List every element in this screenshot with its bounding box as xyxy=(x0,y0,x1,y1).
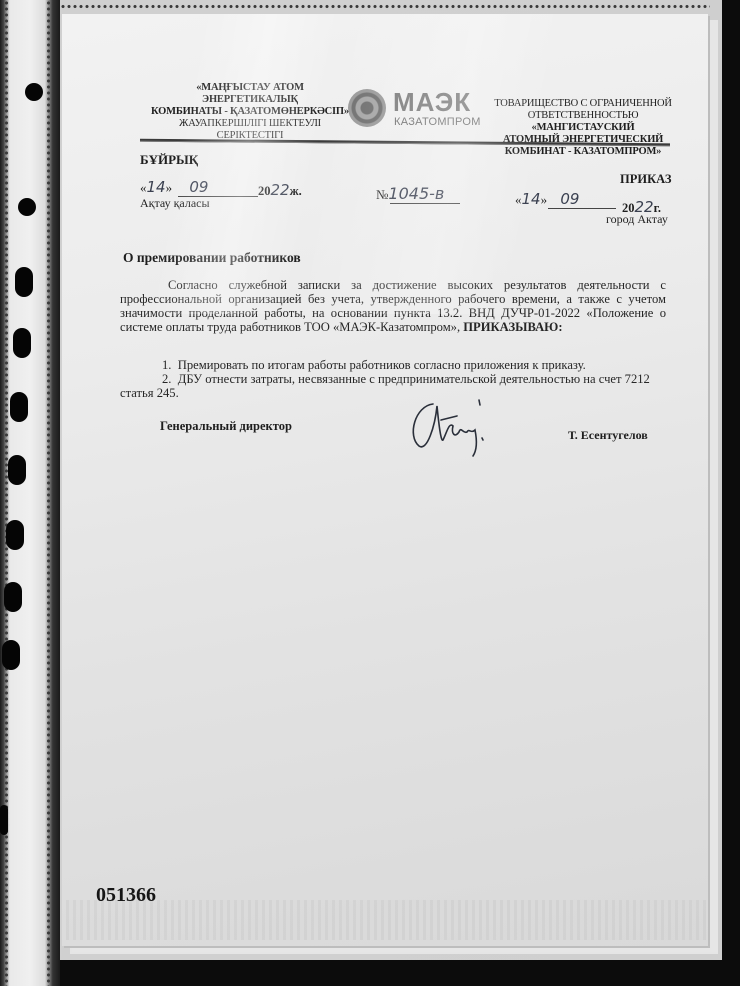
date-ru-month: 09 xyxy=(560,190,579,208)
org-header-kz-line: КОМБИНАТЫ - ҚАЗАТОМӨНЕРКӘСІП» xyxy=(140,106,360,118)
org-header-ru-line: КОМБИНАТ - КАЗАТОМПРОМ» xyxy=(492,146,674,158)
logo-subtitle: КАЗАТОМПРОМ xyxy=(394,116,481,128)
punch-hole-4 xyxy=(13,328,31,358)
punch-hole-5 xyxy=(10,392,28,422)
order-items-list: 1. Премировать по итогам работы работник… xyxy=(120,358,670,400)
order-item: 2. ДБУ отнести затраты, несвязанные с пр… xyxy=(120,372,670,386)
punch-hole-3 xyxy=(15,267,33,297)
order-item-number: 2. xyxy=(162,372,171,386)
doc-type-kz: БҰЙРЫҚ xyxy=(140,152,198,168)
punch-hole-7 xyxy=(6,520,24,550)
date-ru-underline xyxy=(548,208,616,209)
org-header-kz: «МАҢҒЫСТАУ АТОМ ЭНЕРГЕТИКАЛЫҚ КОМБИНАТЫ … xyxy=(140,82,360,142)
date-kz-month: 09 xyxy=(189,178,208,196)
date-ru-day: 14 xyxy=(522,190,541,208)
sleeve-binding-strip xyxy=(0,0,60,986)
org-header-ru: ТОВАРИЩЕСТВО С ОГРАНИЧЕННОЙ ОТВЕТСТВЕННО… xyxy=(492,98,674,158)
order-subject: О премировании работников xyxy=(123,250,301,266)
date-kz: «14» 09 xyxy=(140,178,208,196)
order-number-prefix: № xyxy=(376,187,388,202)
date-ru-close-quote: » xyxy=(541,192,548,207)
order-item-continuation: статья 245. xyxy=(120,386,670,400)
signatory-name: Т. Есентугелов xyxy=(568,428,648,443)
punch-hole-8 xyxy=(4,582,22,612)
city-ru: город Актау xyxy=(606,212,668,227)
city-kz: Ақтау қаласы xyxy=(140,196,210,211)
form-serial-number: 051366 xyxy=(96,884,156,907)
body-text: Согласно служебной записки за достижение… xyxy=(120,278,666,334)
punch-hole-1 xyxy=(25,83,43,101)
order-item-text: ДБУ отнести затраты, несвязанные с предп… xyxy=(178,372,650,386)
atom-swirl-logo-icon xyxy=(348,89,386,127)
punch-hole-9 xyxy=(2,640,20,670)
org-header-kz-line: «МАҢҒЫСТАУ АТОМ xyxy=(140,82,360,94)
handwritten-signature-icon xyxy=(405,396,515,458)
org-header-kz-line: ЭНЕРГЕТИКАЛЫҚ xyxy=(140,94,360,106)
order-item-text: Премировать по итогам работы работников … xyxy=(178,358,586,372)
date-kz-close-quote: » xyxy=(166,180,173,195)
order-number-underline xyxy=(390,203,460,204)
order-item: 1. Премировать по итогам работы работник… xyxy=(120,358,670,372)
order-number: №1045-в xyxy=(376,184,444,203)
date-kz-year: 2022ж. xyxy=(258,181,302,199)
sleeve-perforation-top xyxy=(60,4,710,10)
date-ru: «14» 09 xyxy=(515,190,579,208)
org-header-kz-line: ЖАУАПКЕРШІЛІГІ ШЕКТЕУЛІ xyxy=(140,118,360,130)
punch-hole-10 xyxy=(0,805,8,835)
date-kz-day: 14 xyxy=(147,178,166,196)
company-logo: МАЭК КАЗАТОМПРОМ xyxy=(348,89,488,133)
org-header-ru-line: ТОВАРИЩЕСТВО С ОГРАНИЧЕННОЙ xyxy=(492,98,674,110)
logo-title: МАЭК xyxy=(393,89,471,115)
order-item-number: 1. xyxy=(162,358,171,372)
sleeve-perforation-right xyxy=(46,0,52,986)
date-kz-year-unit: ж. xyxy=(290,184,302,198)
doc-type-ru: ПРИКАЗ xyxy=(620,172,671,187)
punch-hole-6 xyxy=(8,455,26,485)
signatory-title: Генеральный директор xyxy=(160,419,292,434)
date-kz-year-prefix: 20 xyxy=(258,184,271,198)
punch-hole-2 xyxy=(18,198,36,216)
body-command-word: ПРИКАЗЫВАЮ: xyxy=(463,320,562,334)
order-number-value: 1045-в xyxy=(388,184,444,203)
scan-noise-band xyxy=(66,900,706,940)
sleeve-perforation-left xyxy=(4,0,10,986)
order-body-paragraph: Согласно служебной записки за достижение… xyxy=(120,278,666,334)
org-header-ru-line: «МАНГИСТАУСКИЙ xyxy=(492,122,674,134)
date-kz-year-suffix: 22 xyxy=(271,181,290,199)
org-header-ru-line: ОТВЕТСТВЕННОСТЬЮ xyxy=(492,110,674,122)
